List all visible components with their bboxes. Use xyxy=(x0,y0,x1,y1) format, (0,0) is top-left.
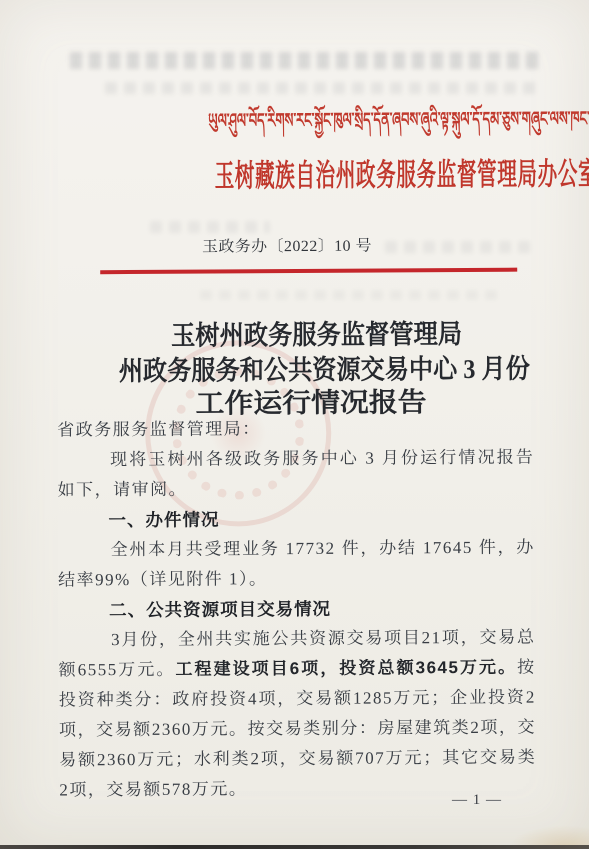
section-1-paragraph: 全州本月共受理业务 17732 件，办结 17645 件，办结率99%（详见附件… xyxy=(58,533,535,596)
document-number-wrap: 玉政务办〔2022〕10 号 xyxy=(202,234,372,257)
masthead-org-title: 玉树藏族自治州政务服务监督管理局办公室文件 xyxy=(214,148,589,196)
section-1-heading: 一、办件情况 xyxy=(58,503,535,536)
scan-bottom-edge xyxy=(0,845,589,849)
doc-title-line-1-wrap: 玉树州政务服务监督管理局 xyxy=(154,312,445,346)
section-2-paragraph: 3月份，全州共实施公共资源交易项目21项，交易总额6555万元。工程建设项目6项… xyxy=(58,623,536,806)
masthead-org-title-band: 玉树藏族自治州政务服务监督管理局办公室文件 xyxy=(90,149,514,196)
section-2-heading: 二、公共资源项目交易情况 xyxy=(58,593,535,626)
page-number: — 1 — xyxy=(452,792,502,809)
doc-title-line-2-wrap: 州政务服务和公共资源交易中心 3 月份 xyxy=(95,347,506,382)
body-text: 省政务服务监督管理局： 现将玉树州各级政务服务中心 3 月份运行情况报告如下，请… xyxy=(57,413,536,806)
document-content: ཡུལ་ཤུལ་བོད་རིགས་རང་སྐྱོང་ཁུལ་སྲིད་དོན་ཞ… xyxy=(0,0,589,849)
doc-title-line-3-wrap: 工作运行情况报告 xyxy=(195,380,426,413)
tibetan-masthead-band: ཡུལ་ཤུལ་བོད་རིགས་རང་སྐྱོང་ཁུལ་སྲིད་དོན་ཞ… xyxy=(93,101,520,144)
scanned-document-page: ཡུལ་ཤུལ་བོད་རིགས་རང་སྐྱོང་ཁུལ་སྲིད་དོན་ཞ… xyxy=(0,0,589,849)
document-number: 玉政务办〔2022〕10 号 xyxy=(202,234,372,257)
paper-stain xyxy=(509,825,589,847)
page-number-wrap: — 1 — xyxy=(449,791,505,809)
intro-paragraph: 现将玉树州各级政务服务中心 3 月份运行情况报告如下，请审阅。 xyxy=(57,443,534,506)
tibetan-masthead-text: ཡུལ་ཤུལ་བོད་རིགས་རང་སྐྱོང་ཁུལ་སྲིད་དོན་ཞ… xyxy=(208,100,589,141)
section-2-text-bold: 工程建设项目6项，投资总额3645万元。 xyxy=(175,658,517,679)
salutation: 省政务服务监督管理局： xyxy=(57,413,534,446)
red-separator-rule xyxy=(100,268,517,274)
